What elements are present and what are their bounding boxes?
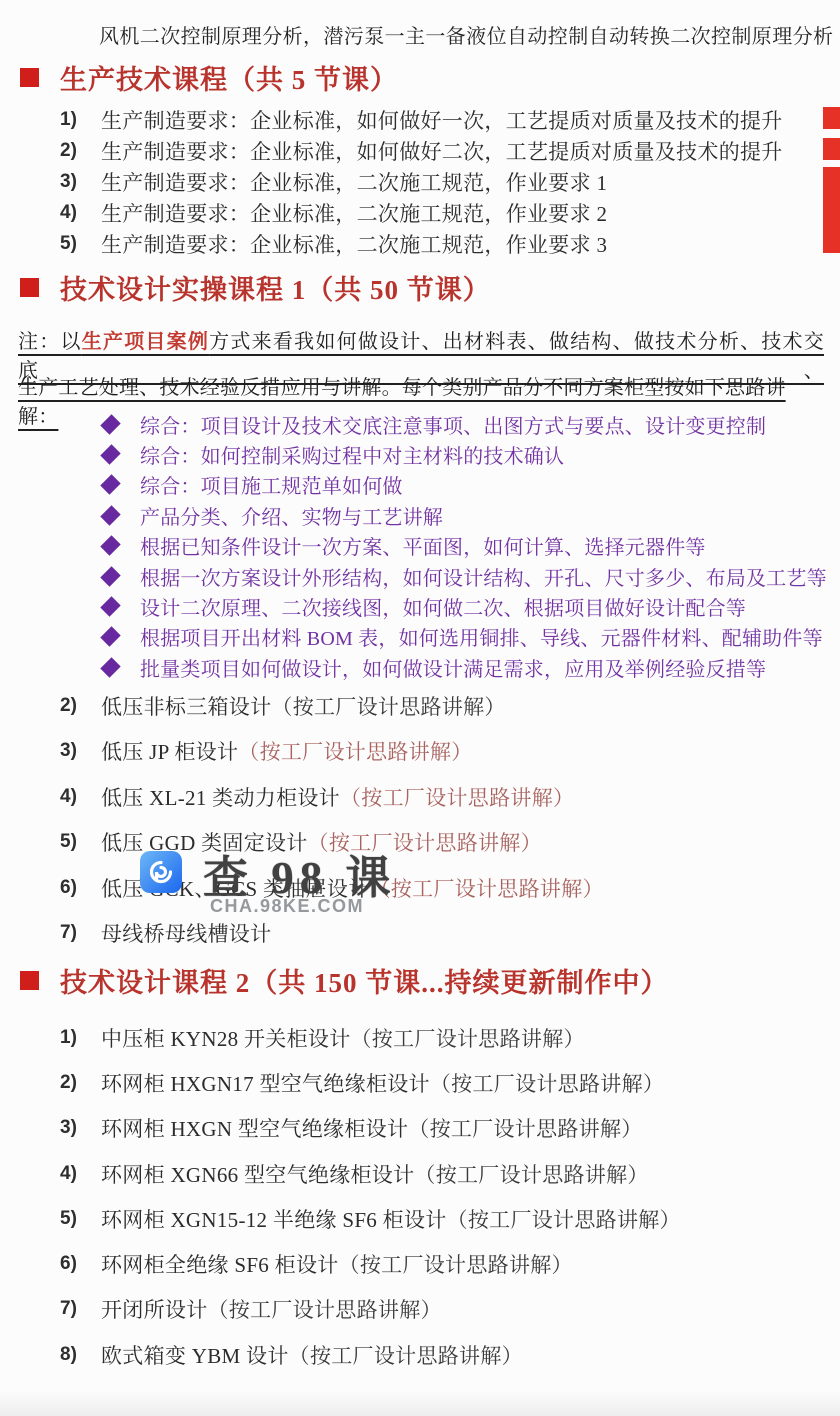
item-text: 环网柜 HXGN17 型空气绝缘柜设计 (101, 1068, 430, 1098)
item-paren: （按工厂设计思路讲解） (430, 1068, 664, 1098)
item-text: 母线桥母线槽设计 (101, 918, 271, 948)
watermark-spiral-search-icon (140, 851, 182, 893)
list-item: 2) 低压非标三箱设计 （按工厂设计思路讲解） (60, 683, 830, 729)
red-edge-mark (823, 167, 840, 253)
list-item: 综合：项目施工规范单如何做 (104, 470, 827, 500)
list-item: 3) 生产制造要求：企业标准，二次施工规范，作业要求 1 (60, 166, 830, 197)
list-item: 综合：项目设计及技术交底注意事项、出图方式与要点、设计变更控制 (104, 409, 827, 439)
item-text: 生产制造要求：企业标准，二次施工规范，作业要求 2 (101, 198, 607, 228)
item-number: 8) (60, 1344, 101, 1366)
intro-line: 风机二次控制原理分析，潜污泵一主一备液位自动控制自动转换二次控制原理分析 (99, 20, 833, 49)
method-bullet-list: 综合：项目设计及技术交底注意事项、出图方式与要点、设计变更控制 综合：如何控制采… (104, 409, 827, 683)
item-text: 欧式箱变 YBM 设计 (101, 1340, 289, 1370)
watermark-domain-text: CHA.98KE.COM (210, 896, 364, 917)
section-heading-design-2: 技术设计课程 2（共 150 节课...持续更新制作中） (20, 961, 669, 1000)
list-item: 设计二次原理、二次接线图，如何做二次、根据项目做好设计配合等 (104, 591, 827, 621)
item-text: 生产制造要求：企业标准，如何做好一次，工艺提质对质量及技术的提升 (101, 105, 783, 135)
list-item: 4) 生产制造要求：企业标准，二次施工规范，作业要求 2 (60, 197, 830, 228)
section-title: 技术设计课程 2（共 150 节课...持续更新制作中） (60, 961, 669, 1000)
diamond-bullet-icon (100, 536, 120, 556)
item-number: 4) (60, 202, 101, 224)
design-course-2-list: 1) 中压柜 KYN28 开关柜设计 （按工厂设计思路讲解） 2) 环网柜 HX… (60, 1015, 830, 1377)
list-item: 产品分类、介绍、实物与工艺讲解 (104, 500, 827, 530)
item-number: 3) (60, 740, 101, 762)
item-text: 环网柜 HXGN 型空气绝缘柜设计 (101, 1113, 408, 1143)
list-item: 6) 环网柜全绝缘 SF6 柜设计 （按工厂设计思路讲解） (60, 1241, 830, 1286)
red-edge-mark (823, 107, 840, 129)
bullet-text: 设计二次原理、二次接线图，如何做二次、根据项目做好设计配合等 (140, 592, 746, 621)
list-item: 5) 环网柜 XGN15-12 半绝缘 SF6 柜设计 （按工厂设计思路讲解） (60, 1196, 830, 1241)
item-number: 2) (60, 695, 101, 717)
section-title: 生产技术课程（共 5 节课） (60, 58, 398, 97)
item-paren: （按工厂设计思路讲解） (340, 782, 574, 812)
item-number: 1) (60, 109, 101, 131)
bullet-text: 批量类项目如何做设计，如何做设计满足需求，应用及举例经验反措等 (140, 653, 766, 682)
item-number: 7) (60, 1298, 101, 1320)
item-paren: （按工厂设计思路讲解） (289, 1340, 523, 1370)
item-paren: （按工厂设计思路讲解） (339, 1249, 573, 1279)
item-number: 2) (60, 1072, 101, 1094)
list-item: 根据已知条件设计一次方案、平面图，如何计算、选择元器件等 (104, 531, 827, 561)
item-number: 3) (60, 171, 101, 193)
diamond-bullet-icon (100, 566, 120, 586)
diamond-bullet-icon (100, 475, 120, 495)
diamond-bullet-icon (100, 627, 120, 647)
design-practice-course-list: 2) 低压非标三箱设计 （按工厂设计思路讲解） 3) 低压 JP 柜设计 （按工… (60, 683, 830, 956)
item-number: 6) (60, 1253, 101, 1275)
item-text: 低压非标三箱设计 (101, 691, 271, 721)
item-number: 4) (60, 786, 101, 808)
item-text: 低压 JP 柜设计 (101, 736, 238, 766)
item-number: 3) (60, 1117, 101, 1139)
item-number: 5) (60, 233, 101, 255)
bullet-text: 产品分类、介绍、实物与工艺讲解 (140, 501, 443, 530)
item-number: 2) (60, 140, 101, 162)
course-outline-page: 风机二次控制原理分析，潜污泵一主一备液位自动控制自动转换二次控制原理分析 生产技… (0, 0, 840, 1416)
item-text: 开闭所设计 (101, 1294, 208, 1324)
bullet-text: 综合：项目施工规范单如何做 (140, 470, 403, 499)
item-text: 生产制造要求：企业标准，如何做好二次，工艺提质对质量及技术的提升 (101, 136, 783, 166)
item-paren: （按工厂设计思路讲解） (414, 1159, 648, 1189)
diamond-bullet-icon (100, 444, 120, 464)
item-paren: （按工厂设计思路讲解） (208, 1294, 442, 1324)
list-item: 3) 环网柜 HXGN 型空气绝缘柜设计 （按工厂设计思路讲解） (60, 1106, 830, 1151)
list-item: 7) 开闭所设计 （按工厂设计思路讲解） (60, 1287, 830, 1332)
red-edge-mark (823, 138, 840, 160)
item-text: 环网柜 XGN15-12 半绝缘 SF6 柜设计 (101, 1204, 447, 1234)
bullet-text: 根据已知条件设计一次方案、平面图，如何计算、选择元器件等 (140, 531, 706, 560)
item-number: 4) (60, 1163, 101, 1185)
bullet-text: 根据项目开出材料 BOM 表，如何选用铜排、导线、元器件材料、配辅助件等 (140, 622, 823, 651)
production-course-list: 1) 生产制造要求：企业标准，如何做好一次，工艺提质对质量及技术的提升 2) 生… (60, 104, 830, 259)
list-item: 2) 环网柜 HXGN17 型空气绝缘柜设计 （按工厂设计思路讲解） (60, 1060, 830, 1105)
item-number: 5) (60, 1208, 101, 1230)
bullet-text: 综合：项目设计及技术交底注意事项、出图方式与要点、设计变更控制 (140, 410, 766, 439)
bullet-text: 综合：如何控制采购过程中对主材料的技术确认 (140, 440, 564, 469)
item-number: 6) (60, 877, 101, 899)
list-item: 根据一次方案设计外形结构，如何设计结构、开孔、尺寸多少、布局及工艺等 (104, 561, 827, 591)
list-item: 3) 低压 JP 柜设计 （按工厂设计思路讲解） (60, 729, 830, 775)
diamond-bullet-icon (100, 414, 120, 434)
list-item: 2) 生产制造要求：企业标准，如何做好二次，工艺提质对质量及技术的提升 (60, 135, 830, 166)
list-item: 根据项目开出材料 BOM 表，如何选用铜排、导线、元器件材料、配辅助件等 (104, 622, 827, 652)
list-item: 1) 中压柜 KYN28 开关柜设计 （按工厂设计思路讲解） (60, 1015, 830, 1060)
red-square-bullet-icon (20, 68, 39, 87)
red-square-bullet-icon (20, 278, 39, 297)
section-title: 技术设计实操课程 1（共 50 节课） (60, 268, 491, 307)
red-square-bullet-icon (20, 971, 39, 990)
item-text: 生产制造要求：企业标准，二次施工规范，作业要求 3 (101, 229, 607, 259)
list-item: 7) 母线桥母线槽设计 (60, 911, 830, 957)
list-item: 4) 低压 XL-21 类动力柜设计 （按工厂设计思路讲解） (60, 774, 830, 820)
item-text: 低压 XL-21 类动力柜设计 (101, 782, 340, 812)
section-heading-design-practice: 技术设计实操课程 1（共 50 节课） (20, 268, 491, 307)
item-paren: （按工厂设计思路讲解） (408, 1113, 642, 1143)
item-text: 环网柜全绝缘 SF6 柜设计 (101, 1249, 339, 1279)
item-text: 生产制造要求：企业标准，二次施工规范，作业要求 1 (101, 167, 607, 197)
section-heading-production: 生产技术课程（共 5 节课） (20, 58, 398, 97)
diamond-bullet-icon (100, 596, 120, 616)
item-paren: （按工厂设计思路讲解） (238, 736, 472, 766)
item-text: 环网柜 XGN66 型空气绝缘柜设计 (101, 1159, 414, 1189)
list-item: 4) 环网柜 XGN66 型空气绝缘柜设计 （按工厂设计思路讲解） (60, 1151, 830, 1196)
diamond-bullet-icon (100, 657, 120, 677)
item-paren: （按工厂设计思路讲解） (370, 873, 604, 903)
item-number: 7) (60, 922, 101, 944)
list-item: 1) 生产制造要求：企业标准，如何做好一次，工艺提质对质量及技术的提升 (60, 104, 830, 135)
item-number: 1) (60, 1027, 101, 1049)
list-item: 综合：如何控制采购过程中对主材料的技术确认 (104, 439, 827, 469)
bullet-text: 根据一次方案设计外形结构，如何设计结构、开孔、尺寸多少、布局及工艺等 (140, 562, 827, 591)
list-item: 批量类项目如何做设计，如何做设计满足需求，应用及举例经验反措等 (104, 652, 827, 682)
item-paren: （按工厂设计思路讲解） (447, 1204, 681, 1234)
list-item: 5) 生产制造要求：企业标准，二次施工规范，作业要求 3 (60, 228, 830, 259)
note-prefix: 注：以 (18, 331, 82, 353)
note-highlight: 生产项目案例 (82, 331, 209, 353)
list-item: 8) 欧式箱变 YBM 设计 （按工厂设计思路讲解） (60, 1332, 830, 1377)
item-number: 5) (60, 831, 101, 853)
item-text: 中压柜 KYN28 开关柜设计 (101, 1023, 351, 1053)
item-paren: （按工厂设计思路讲解） (271, 691, 505, 721)
diamond-bullet-icon (100, 505, 120, 525)
item-paren: （按工厂设计思路讲解） (351, 1023, 585, 1053)
